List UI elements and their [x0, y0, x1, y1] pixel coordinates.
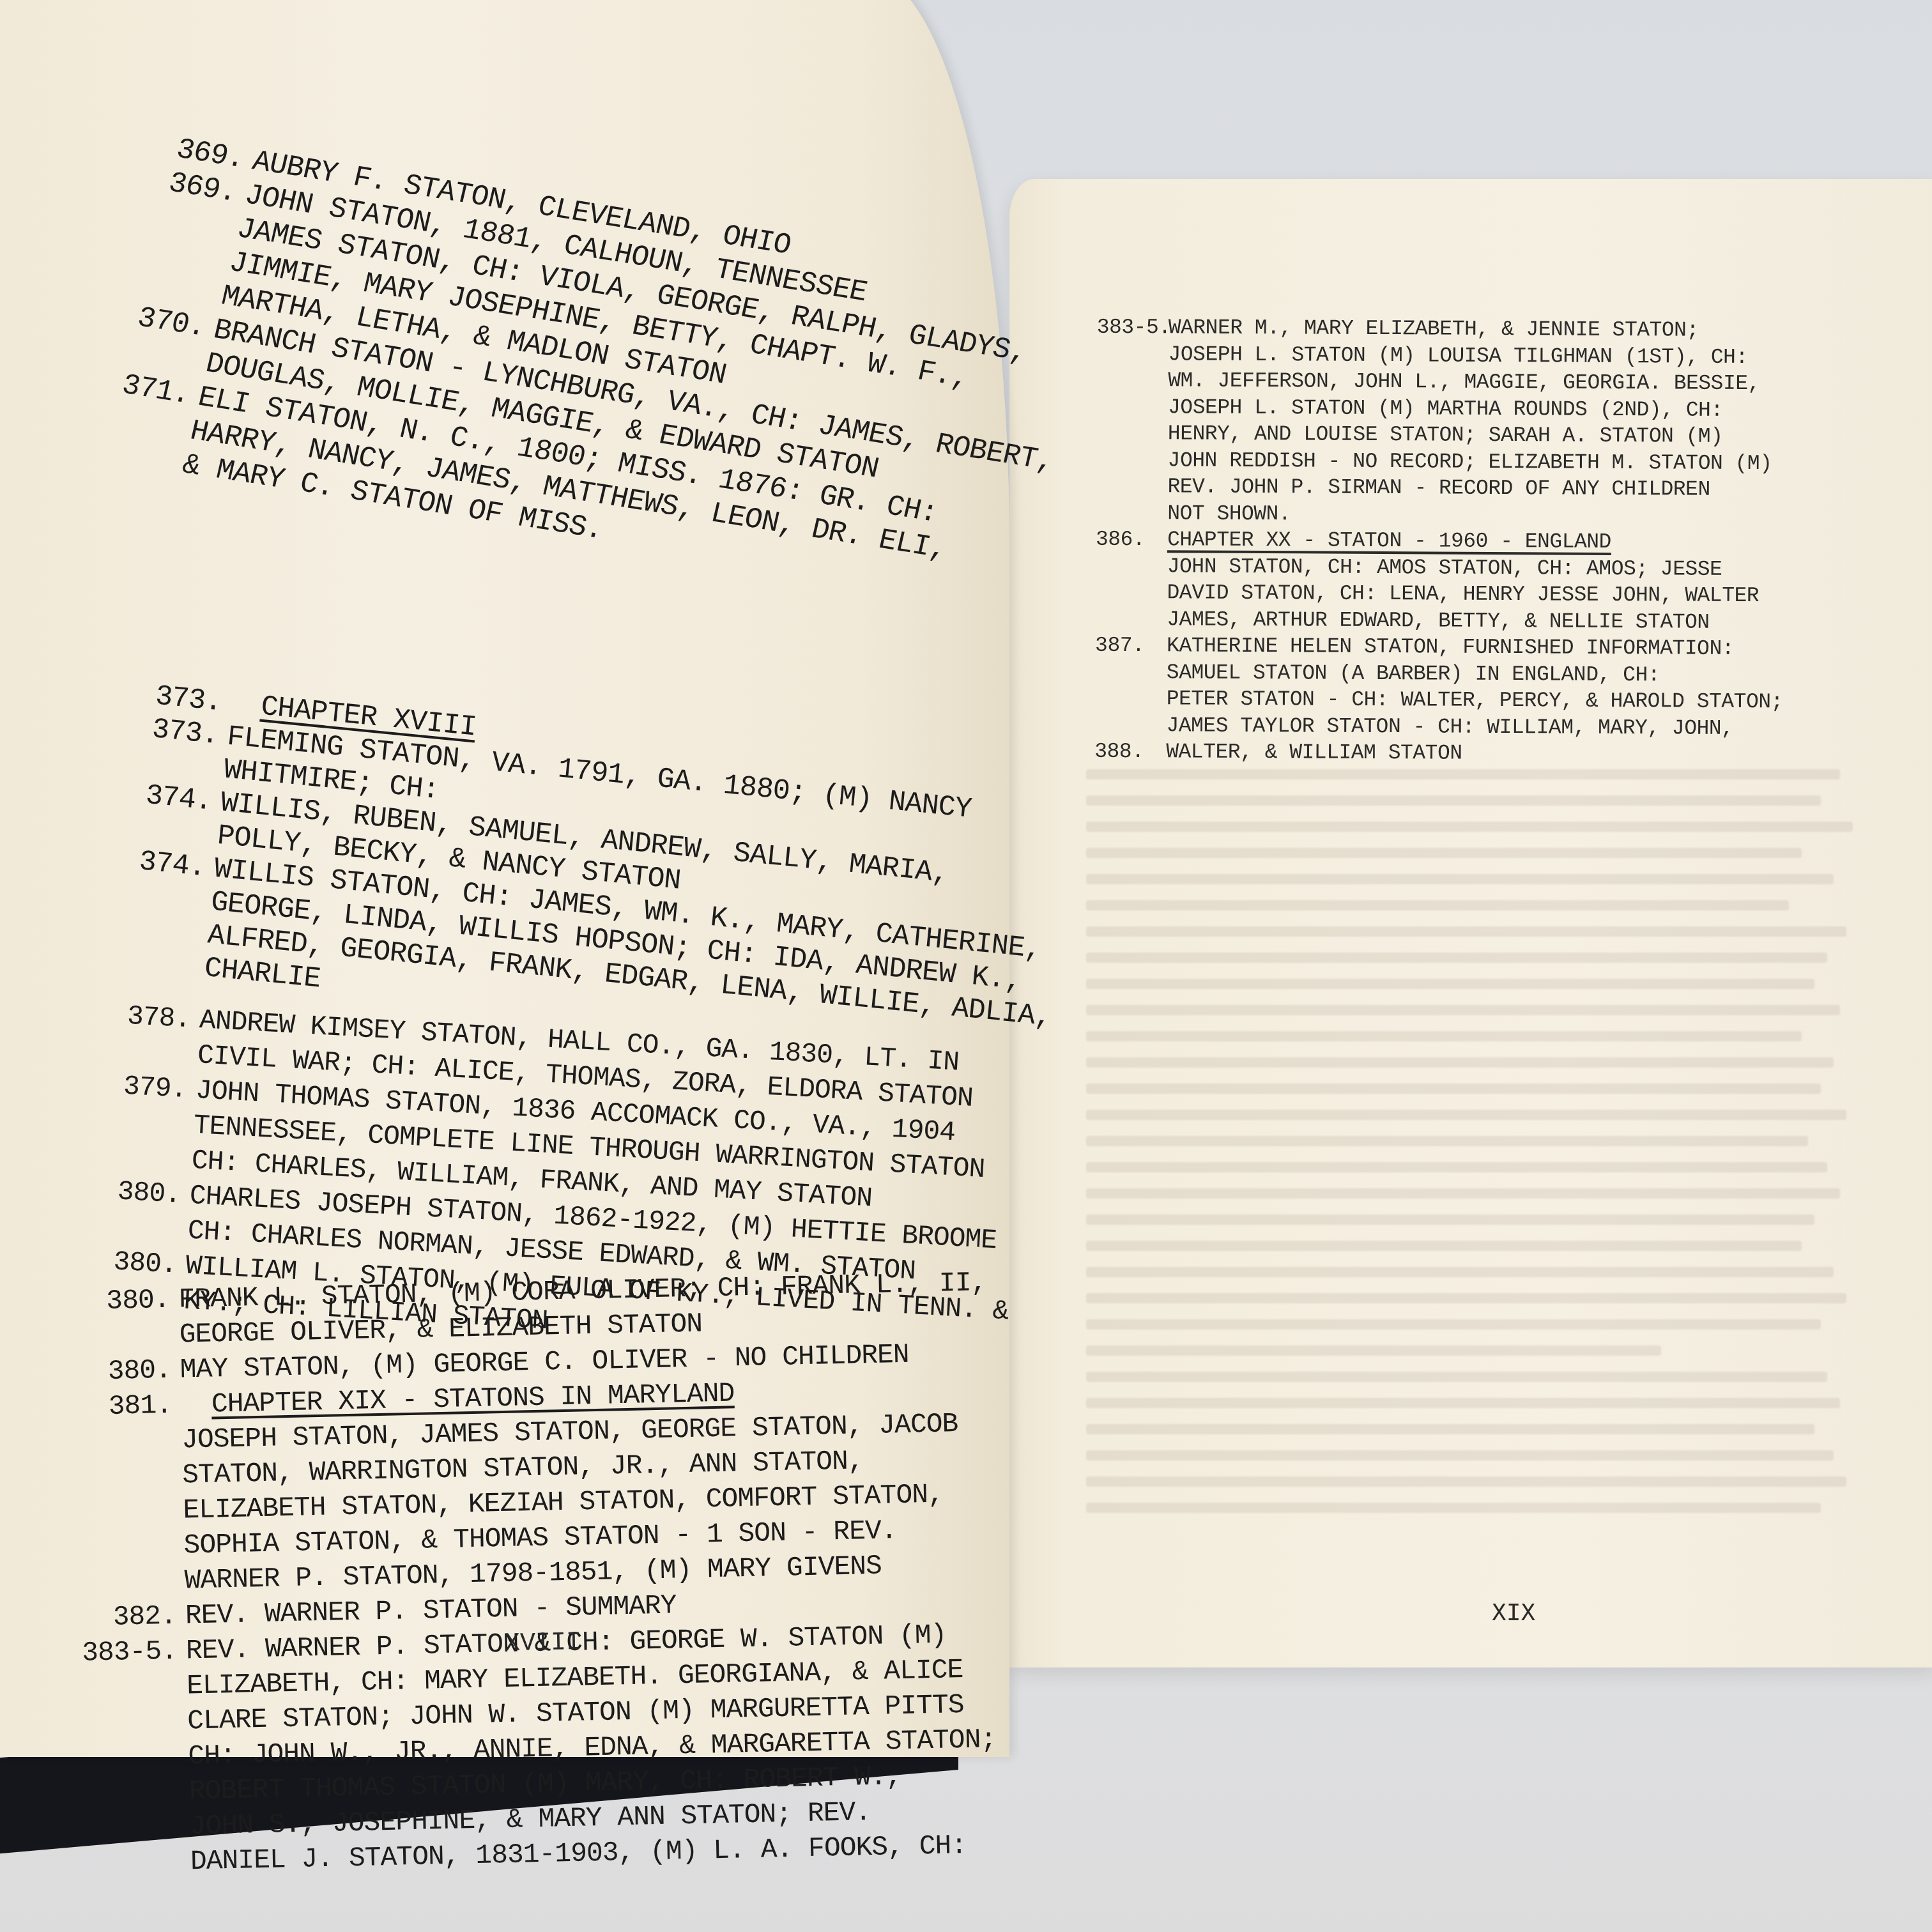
entry-number [74, 1317, 180, 1354]
show-through-line [1086, 1363, 1885, 1389]
entry-line: JOHN STATON, CH: AMOS STATON, CH: AMOS; … [1096, 553, 1901, 583]
entry-number: 380. [84, 1172, 191, 1213]
show-through-line [1086, 760, 1885, 786]
entry-text: WM. JEFFERSON, JOHN L., MAGGIE, GEORGIA.… [1163, 367, 1901, 398]
entry-number [82, 1703, 188, 1740]
entry-number [92, 1032, 199, 1073]
entry-text: JOSEPH L. STATON (M) MARTHA ROUNDS (2ND)… [1163, 394, 1901, 425]
entry-number [1095, 686, 1161, 712]
show-through-line [1086, 1310, 1885, 1337]
show-through-line [1086, 1101, 1885, 1127]
entry-number [77, 1423, 182, 1460]
entry-line: HENRY, AND LOUISE STATON; SARAH A. STATO… [1096, 420, 1901, 451]
entry-line: JOSEPH L. STATON (M) MARTHA ROUNDS (2ND)… [1096, 394, 1901, 424]
entry-number [1094, 712, 1161, 739]
show-through-line [1086, 1468, 1885, 1494]
entry-line: REV. JOHN P. SIRMAN - RECORD OF ANY CHIL… [1096, 473, 1901, 504]
show-through-text [1086, 760, 1885, 1520]
entry-text: PETER STATON - CH: WALTER, PERCY, & HARO… [1161, 686, 1900, 716]
entry-text: JOHN REDDISH - NO RECORD; ELIZABETH M. S… [1163, 447, 1901, 478]
entry-number: 380. [80, 1242, 187, 1283]
left-page-number: XVIII [505, 1629, 582, 1659]
show-through-line [1086, 1441, 1885, 1468]
entry-number: 380. [73, 1282, 179, 1319]
entry-text: HENRY, AND LOUISE STATON; SARAH A. STATO… [1163, 420, 1901, 451]
entry-number: 378. [94, 997, 201, 1038]
entry-text: WARNER M., MARY ELIZABETH, & JENNIE STAT… [1163, 314, 1902, 345]
entry-number [78, 1492, 183, 1529]
entry-number: 386. [1096, 526, 1162, 553]
show-through-line [1086, 1179, 1885, 1206]
show-through-line [1086, 865, 1885, 891]
entry-number [79, 1528, 184, 1565]
show-through-line [1086, 944, 1885, 970]
entry-number [1096, 500, 1162, 526]
show-through-line [1086, 786, 1885, 813]
entry-line: PETER STATON - CH: WALTER, PERCY, & HARO… [1095, 686, 1900, 716]
show-through-line [1086, 1337, 1885, 1363]
entry-number [1095, 579, 1161, 606]
entry-line: 387.KATHERINE HELEN STATON, FURNISHED IN… [1095, 632, 1900, 663]
show-through-line [1086, 1284, 1885, 1310]
entry-number: 381. [75, 1388, 181, 1425]
entry-line: 383-5.WARNER M., MARY ELIZABETH, & JENNI… [1097, 314, 1902, 345]
entry-number [1096, 367, 1163, 394]
show-through-line [1086, 1494, 1885, 1520]
entry-text: SAMUEL STATON (A BARBER) IN ENGLAND, CH: [1161, 659, 1900, 690]
entry-number [1095, 659, 1161, 686]
entry-number [82, 1207, 189, 1248]
show-through-line [1086, 917, 1885, 944]
entry-number [1096, 394, 1163, 420]
entry-text: JAMES, ARTHUR EDWARD, BETTY, & NELLIE ST… [1161, 606, 1900, 637]
entry-number: 383-5. [1097, 314, 1163, 341]
left-page-block-d: 380.FRANK L. STATON, (M) CORA OLIVER; CH… [73, 1264, 1031, 1882]
right-page-number: XIX [1492, 1600, 1535, 1628]
entry-line: JOHN REDDISH - NO RECORD; ELIZABETH M. S… [1096, 447, 1901, 477]
entry-number [77, 1458, 183, 1495]
entry-line: DAVID STATON, CH: LENA, HENRY JESSE JOHN… [1095, 579, 1900, 610]
entry-text: JAMES TAYLOR STATON - CH: WILLIAM, MARY,… [1161, 712, 1899, 743]
entry-number [1096, 473, 1162, 500]
entry-line: WM. JEFFERSON, JOHN L., MAGGIE, GEORGIA.… [1096, 367, 1901, 398]
entry-number [83, 1738, 188, 1775]
show-through-line [1086, 839, 1885, 865]
entry-number: 383-5. [81, 1633, 187, 1670]
entry-number [1096, 553, 1162, 579]
chapter-heading: 386.CHAPTER XX - STATON - 1960 - ENGLAND [1096, 526, 1901, 557]
entry-text: JOHN STATON, CH: AMOS STATON, CH: AMOS; … [1162, 553, 1901, 584]
entry-line: JAMES TAYLOR STATON - CH: WILLIAM, MARY,… [1094, 712, 1899, 742]
entry-text: REV. JOHN P. SIRMAN - RECORD OF ANY CHIL… [1162, 473, 1901, 504]
show-through-line [1086, 891, 1885, 917]
open-book-scene: 369.AUBRY F. STATON, CLEVELAND, OHIO369.… [0, 0, 1932, 1932]
entry-text: JOSEPH L. STATON (M) LOUISA TILGHMAN (1S… [1163, 341, 1901, 372]
entry-line: NOT SHOWN. [1096, 500, 1901, 530]
entry-number [84, 1809, 190, 1846]
show-through-line [1086, 1232, 1885, 1258]
entry-number [86, 1137, 193, 1178]
entry-number [79, 1563, 185, 1600]
entry-line: SAMUEL STATON (A BARBER) IN ENGLAND, CH: [1095, 659, 1900, 689]
right-page-text: 383-5.WARNER M., MARY ELIZABETH, & JENNI… [1094, 314, 1902, 769]
entry-number [88, 1102, 195, 1143]
show-through-line [1086, 1153, 1885, 1179]
entry-number: 379. [90, 1067, 197, 1108]
entry-number [1096, 341, 1163, 367]
entry-text: CHAPTER XX - STATON - 1960 - ENGLAND [1162, 526, 1901, 557]
show-through-line [1086, 813, 1885, 839]
entry-number [84, 1774, 189, 1811]
entry-number: 380. [75, 1353, 180, 1390]
entry-number: 382. [80, 1598, 185, 1635]
entry-line: JAMES, ARTHUR EDWARD, BETTY, & NELLIE ST… [1095, 606, 1900, 636]
show-through-line [1086, 1048, 1885, 1075]
entry-number [82, 1668, 187, 1705]
entry-number [85, 1844, 190, 1881]
show-through-line [1086, 1415, 1885, 1441]
show-through-line [1086, 1389, 1885, 1415]
show-through-line [1086, 996, 1885, 1022]
show-through-line [1086, 970, 1885, 996]
entry-number: 387. [1095, 632, 1161, 659]
show-through-line [1086, 1075, 1885, 1101]
show-through-line [1086, 1022, 1885, 1048]
entry-text: KATHERINE HELEN STATON, FURNISHED INFORM… [1161, 632, 1900, 663]
entry-number [1096, 420, 1163, 447]
entry-number [1096, 447, 1163, 473]
entry-line: JOSEPH L. STATON (M) LOUISA TILGHMAN (1S… [1096, 341, 1901, 371]
entry-text: DAVID STATON, CH: LENA, HENRY JESSE JOHN… [1161, 579, 1900, 610]
show-through-line [1086, 1206, 1885, 1232]
show-through-line [1086, 1127, 1885, 1153]
entry-number [1095, 606, 1161, 632]
show-through-line [1086, 1258, 1885, 1284]
entry-text: NOT SHOWN. [1162, 500, 1901, 531]
